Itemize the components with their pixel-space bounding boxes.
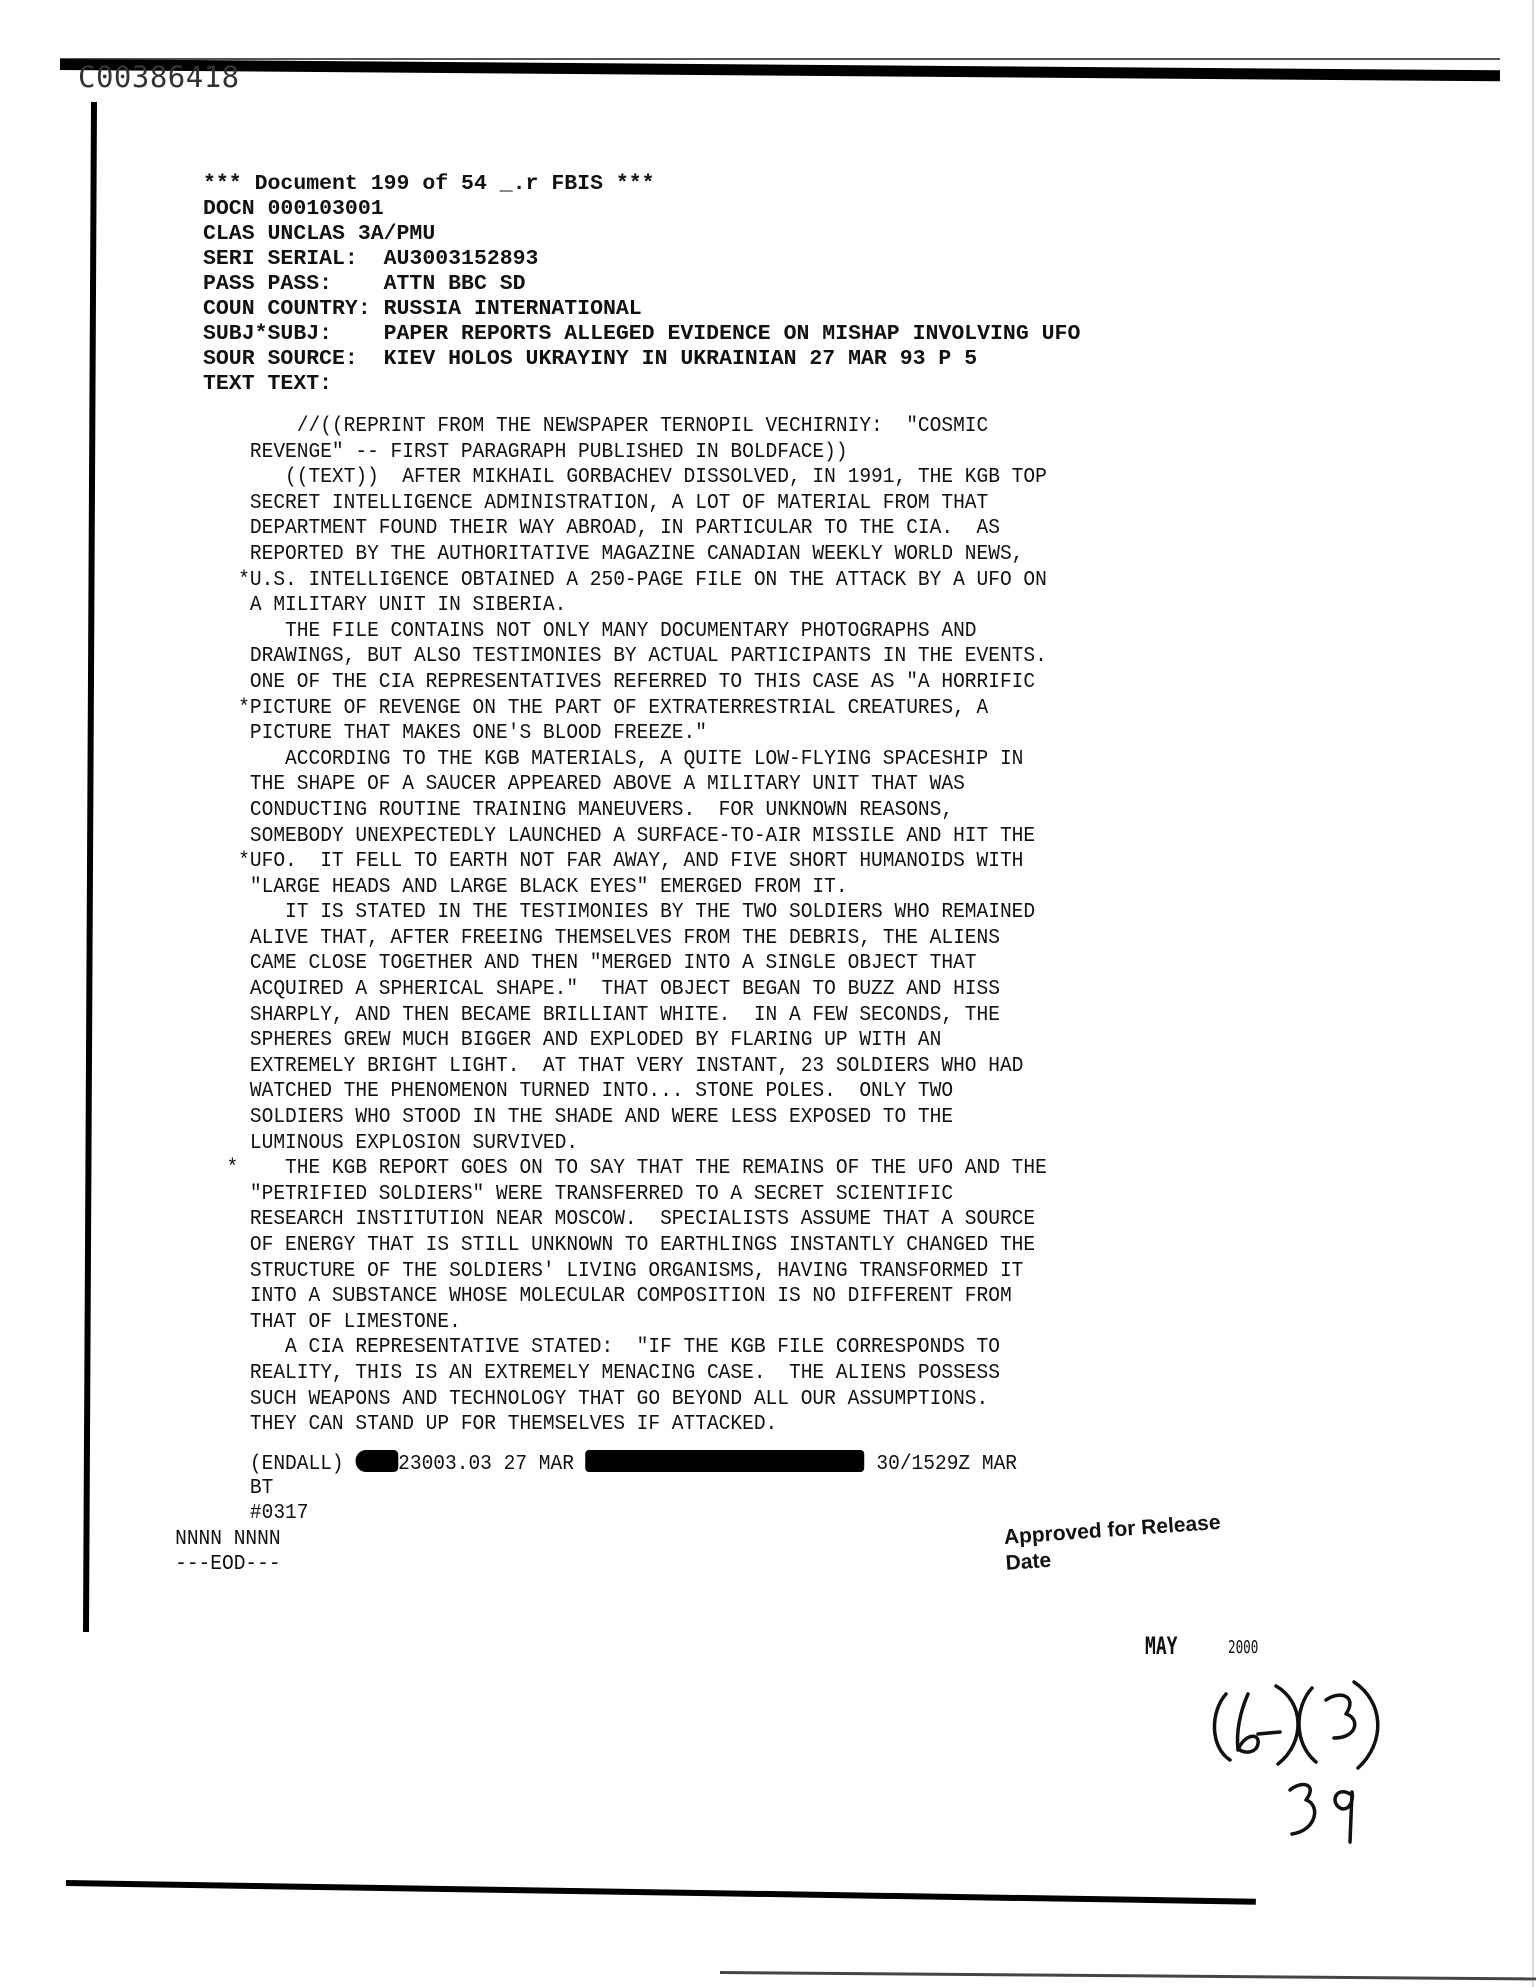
header-text-label: TEXT TEXT: bbox=[203, 372, 1080, 397]
body-line: WATCHED THE PHENOMENON TURNED INTO... ST… bbox=[203, 1079, 1047, 1105]
endall-time: 30/1529Z MAR bbox=[865, 1453, 1017, 1476]
redaction-block bbox=[586, 1450, 865, 1472]
redaction-block bbox=[355, 1450, 398, 1472]
body-line: CONDUCTING ROUTINE TRAINING MANEUVERS. F… bbox=[203, 798, 1047, 824]
body-line: *UFO. IT FELL TO EARTH NOT FAR AWAY, AND… bbox=[203, 849, 1047, 875]
body-line: LUMINOUS EXPLOSION SURVIVED. bbox=[203, 1131, 1047, 1157]
body-line: OF ENERGY THAT IS STILL UNKNOWN TO EARTH… bbox=[203, 1233, 1047, 1259]
body-line: ACCORDING TO THE KGB MATERIALS, A QUITE … bbox=[203, 747, 1047, 773]
body-line: SOMEBODY UNEXPECTEDLY LAUNCHED A SURFACE… bbox=[203, 824, 1047, 850]
body-line: "PETRIFIED SOLDIERS" WERE TRANSFERRED TO… bbox=[203, 1182, 1047, 1208]
header-subject: SUBJ*SUBJ: PAPER REPORTS ALLEGED EVIDENC… bbox=[203, 322, 1080, 347]
body-line: INTO A SUBSTANCE WHOSE MOLECULAR COMPOSI… bbox=[203, 1284, 1047, 1310]
trailer-number: #0317 bbox=[203, 1501, 1017, 1527]
header-title: *** Document 199 of 54 _.r FBIS *** bbox=[203, 172, 1080, 197]
message-header: *** Document 199 of 54 _.r FBIS *** DOCN… bbox=[203, 172, 1080, 397]
body-line: EXTREMELY BRIGHT LIGHT. AT THAT VERY INS… bbox=[203, 1054, 1047, 1080]
endall-number: 23003.03 27 MAR bbox=[398, 1453, 586, 1476]
body-line: THE SHAPE OF A SAUCER APPEARED ABOVE A M… bbox=[203, 772, 1047, 798]
header-pass: PASS PASS: ATTN BBC SD bbox=[203, 272, 1080, 297]
body-line: CAME CLOSE TOGETHER AND THEN "MERGED INT… bbox=[203, 951, 1047, 977]
body-line: REALITY, THIS IS AN EXTREMELY MENACING C… bbox=[203, 1361, 1047, 1387]
body-line: SHARPLY, AND THEN BECAME BRILLIANT WHITE… bbox=[203, 1003, 1047, 1029]
message-body: //((REPRINT FROM THE NEWSPAPER TERNOPIL … bbox=[203, 414, 1047, 1438]
stamp-year: 2000 bbox=[1228, 1637, 1258, 1658]
message-trailer: (ENDALL) 23003.03 27 MAR 30/1529Z MAR BT… bbox=[203, 1450, 1017, 1578]
body-line: SOLDIERS WHO STOOD IN THE SHADE AND WERE… bbox=[203, 1105, 1047, 1131]
body-line: STRUCTURE OF THE SOLDIERS' LIVING ORGANI… bbox=[203, 1259, 1047, 1285]
header-source: SOUR SOURCE: KIEV HOLOS UKRAYINY IN UKRA… bbox=[203, 347, 1080, 372]
body-line: REVENGE" -- FIRST PARAGRAPH PUBLISHED IN… bbox=[203, 440, 1047, 466]
left-margin-bar bbox=[83, 102, 97, 1632]
document-id: C00386418 bbox=[78, 60, 240, 94]
body-line: SUCH WEAPONS AND TECHNOLOGY THAT GO BEYO… bbox=[203, 1387, 1047, 1413]
body-line: ACQUIRED A SPHERICAL SHAPE." THAT OBJECT… bbox=[203, 977, 1047, 1003]
handwritten-annotation bbox=[1208, 1672, 1428, 1852]
body-line: *U.S. INTELLIGENCE OBTAINED A 250-PAGE F… bbox=[203, 568, 1047, 594]
body-line: * THE KGB REPORT GOES ON TO SAY THAT THE… bbox=[203, 1156, 1047, 1182]
body-line: THAT OF LIMESTONE. bbox=[203, 1310, 1047, 1336]
header-country: COUN COUNTRY: RUSSIA INTERNATIONAL bbox=[203, 297, 1080, 322]
body-line: //((REPRINT FROM THE NEWSPAPER TERNOPIL … bbox=[203, 414, 1047, 440]
stamp-month: MAY bbox=[1145, 1632, 1178, 1660]
body-line: "LARGE HEADS AND LARGE BLACK EYES" EMERG… bbox=[203, 875, 1047, 901]
trailer-eod: ---EOD--- bbox=[175, 1552, 1017, 1578]
body-line: DEPARTMENT FOUND THEIR WAY ABROAD, IN PA… bbox=[203, 516, 1047, 542]
page-edge bbox=[1532, 0, 1534, 1987]
body-line: THE FILE CONTAINS NOT ONLY MANY DOCUMENT… bbox=[203, 619, 1047, 645]
body-line: A MILITARY UNIT IN SIBERIA. bbox=[203, 593, 1047, 619]
body-line: RESEARCH INSTITUTION NEAR MOSCOW. SPECIA… bbox=[203, 1207, 1047, 1233]
body-line: ONE OF THE CIA REPRESENTATIVES REFERRED … bbox=[203, 670, 1047, 696]
approval-stamp: Approved for Release Date bbox=[1003, 1510, 1223, 1577]
trailer-bt: BT bbox=[203, 1476, 1017, 1502]
body-line: DRAWINGS, BUT ALSO TESTIMONIES BY ACTUAL… bbox=[203, 644, 1047, 670]
top-rule-thin bbox=[60, 58, 1500, 60]
top-rule bbox=[60, 59, 1500, 81]
body-line: THEY CAN STAND UP FOR THEMSELVES IF ATTA… bbox=[203, 1412, 1047, 1438]
header-clas: CLAS UNCLAS 3A/PMU bbox=[203, 222, 1080, 247]
header-docn: DOCN 000103001 bbox=[203, 197, 1080, 222]
bottom-rule bbox=[66, 1880, 1256, 1905]
body-line: IT IS STATED IN THE TESTIMONIES BY THE T… bbox=[203, 900, 1047, 926]
body-line: A CIA REPRESENTATIVE STATED: "IF THE KGB… bbox=[203, 1335, 1047, 1361]
bottom-rule-faint bbox=[720, 1971, 1536, 1980]
header-serial: SERI SERIAL: AU3003152893 bbox=[203, 247, 1080, 272]
endall-line: (ENDALL) 23003.03 27 MAR 30/1529Z MAR bbox=[203, 1450, 1017, 1476]
body-line: REPORTED BY THE AUTHORITATIVE MAGAZINE C… bbox=[203, 542, 1047, 568]
body-line: SPHERES GREW MUCH BIGGER AND EXPLODED BY… bbox=[203, 1028, 1047, 1054]
body-line: ((TEXT)) AFTER MIKHAIL GORBACHEV DISSOLV… bbox=[203, 465, 1047, 491]
body-line: PICTURE THAT MAKES ONE'S BLOOD FREEZE." bbox=[203, 721, 1047, 747]
body-line: SECRET INTELLIGENCE ADMINISTRATION, A LO… bbox=[203, 491, 1047, 517]
endall-prefix: (ENDALL) bbox=[203, 1453, 355, 1476]
body-line: ALIVE THAT, AFTER FREEING THEMSELVES FRO… bbox=[203, 926, 1047, 952]
trailer-nnnn: NNNN NNNN bbox=[175, 1527, 1017, 1553]
body-line: *PICTURE OF REVENGE ON THE PART OF EXTRA… bbox=[203, 696, 1047, 722]
